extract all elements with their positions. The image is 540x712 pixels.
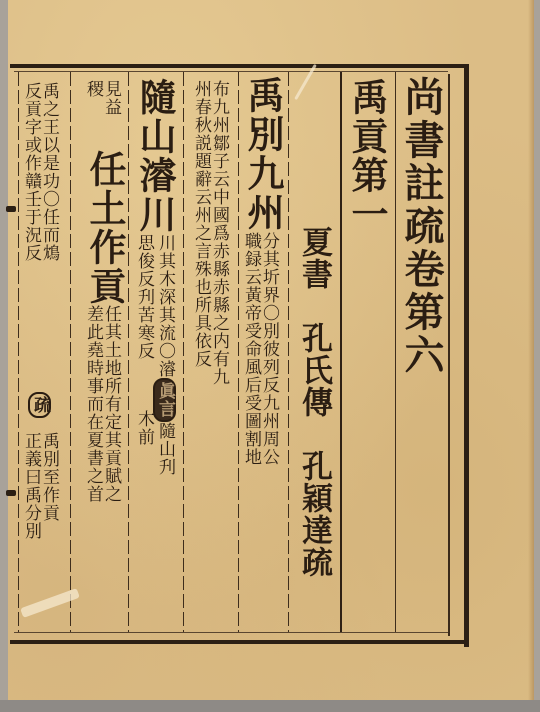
- frame-border-bottom: [10, 640, 468, 644]
- annotation-left: 反貢字或作贛壬于況反: [22, 82, 39, 262]
- column-rule: [128, 72, 129, 632]
- annotation-left: 州春秋説題辭云州之言殊也所具依反: [192, 80, 209, 386]
- book-title: 尚書註疏卷第六: [401, 76, 441, 377]
- shu-marker-badge: 疏: [28, 392, 51, 418]
- subcommentary-marker: 疏: [28, 392, 51, 418]
- paper-damage: [294, 64, 317, 100]
- inner-border-top: [14, 71, 448, 72]
- inner-border-bottom: [14, 632, 448, 633]
- annotation-left: 差此堯時事而在夏書之首: [84, 305, 101, 503]
- main-text-col-8: 任土作貢: [86, 150, 123, 306]
- attribution-line: 夏書孔氏傳孔穎達疏: [298, 226, 329, 578]
- annotation-right: 禹別至作貢: [40, 432, 57, 540]
- column-rule: [238, 72, 239, 632]
- background-surface: [0, 700, 540, 712]
- page-edge: [528, 0, 534, 700]
- inner-border-right: [448, 74, 450, 636]
- seal-stamp: 眞言: [153, 378, 176, 422]
- annotation-left: 稷: [84, 80, 101, 116]
- book-page: 尚書註疏卷第六 禹貢第一 夏書孔氏傳孔穎達疏 禹別九州 分其圻界〇別彼列反九州周…: [8, 0, 534, 700]
- annotation-right: 川其木深其流〇濬眞言隨山刋: [153, 234, 176, 476]
- commentary-author: 孔氏傳: [296, 322, 332, 418]
- annotation-left: 職録云黃帝受命風后受圖割地: [242, 232, 259, 466]
- dynasty-book: 夏書: [296, 226, 332, 290]
- annotation-right: 禹之王以是功〇任而鴆: [40, 82, 57, 262]
- ink-mark: [6, 206, 16, 212]
- annotation-right: 見益: [102, 80, 119, 116]
- annotation-left: 正義曰禹分別: [22, 432, 39, 540]
- annotation-pair-col-9-after: 禹別至作貢 正義曰禹分別: [22, 432, 57, 540]
- subcommentary-author: 孔穎達疏: [296, 450, 332, 578]
- column-rule: [340, 72, 342, 632]
- annotation-pair-col-7: 川其木深其流〇濬眞言隨山刋 思俊反刋苦寒反木前: [135, 234, 176, 476]
- column-rule: [70, 72, 71, 632]
- annotation-pair-col-8-top: 見益 稷: [84, 80, 119, 116]
- ink-mark: [6, 490, 16, 496]
- column-rule: [288, 72, 289, 632]
- main-text-col-7: 隨山濬川: [136, 78, 173, 234]
- annotation-pair-col-8: 任其土地所有定其貢賦之 差此堯時事而在夏書之首: [84, 305, 119, 503]
- frame-border-top: [10, 64, 466, 68]
- annotation-right: 任其土地所有定其貢賦之: [102, 305, 119, 503]
- main-text-col-5: 禹別九州: [244, 76, 281, 232]
- chapter-title: 禹貢第一: [348, 78, 385, 234]
- column-rule: [395, 72, 396, 632]
- annotation-pair-col-5: 分其圻界〇別彼列反九州周公 職録云黃帝受命風后受圖割地: [242, 232, 277, 466]
- annotation-pair-col-9: 禹之王以是功〇任而鴆 反貢字或作贛壬于況反: [22, 82, 57, 262]
- column-rule: [183, 72, 184, 632]
- annotation-pair-col-6: 布九州鄒子云中國爲赤縣赤縣之内有九 州春秋説題辭云州之言殊也所具依反: [192, 80, 227, 386]
- column-rule: [18, 72, 19, 632]
- annotation-right: 布九州鄒子云中國爲赤縣赤縣之内有九: [210, 80, 227, 386]
- annotation-left: 思俊反刋苦寒反木前: [135, 234, 152, 476]
- annotation-right: 分其圻界〇別彼列反九州周公: [260, 232, 277, 466]
- frame-border-right: [464, 64, 469, 647]
